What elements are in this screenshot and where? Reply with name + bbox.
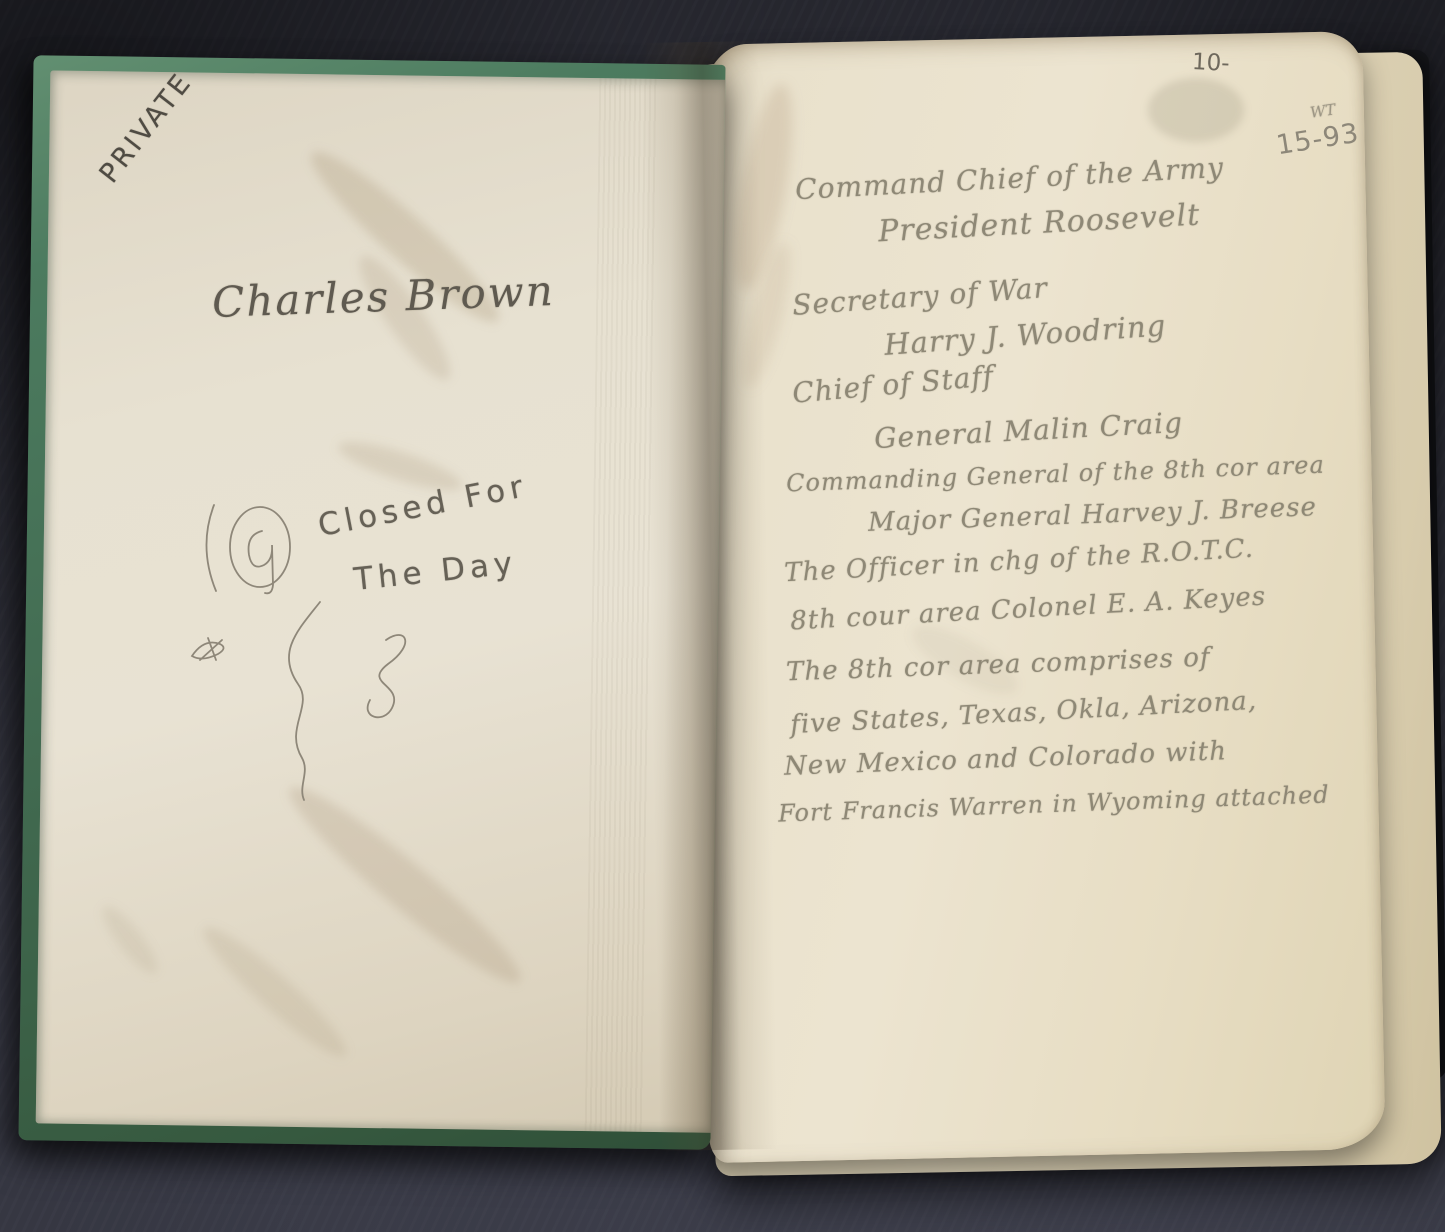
spine-gutter-shadow	[640, 41, 777, 1151]
scribble-doodle	[258, 600, 428, 810]
edge-initials: WT	[1309, 100, 1337, 121]
circled-figure-doodle	[200, 495, 310, 605]
page-corner-number: 10-	[1191, 49, 1230, 77]
photo-of-open-journal: { "scene": { "left_page": { "private_mar…	[0, 0, 1445, 1232]
star-scribble-doodle	[188, 636, 234, 666]
